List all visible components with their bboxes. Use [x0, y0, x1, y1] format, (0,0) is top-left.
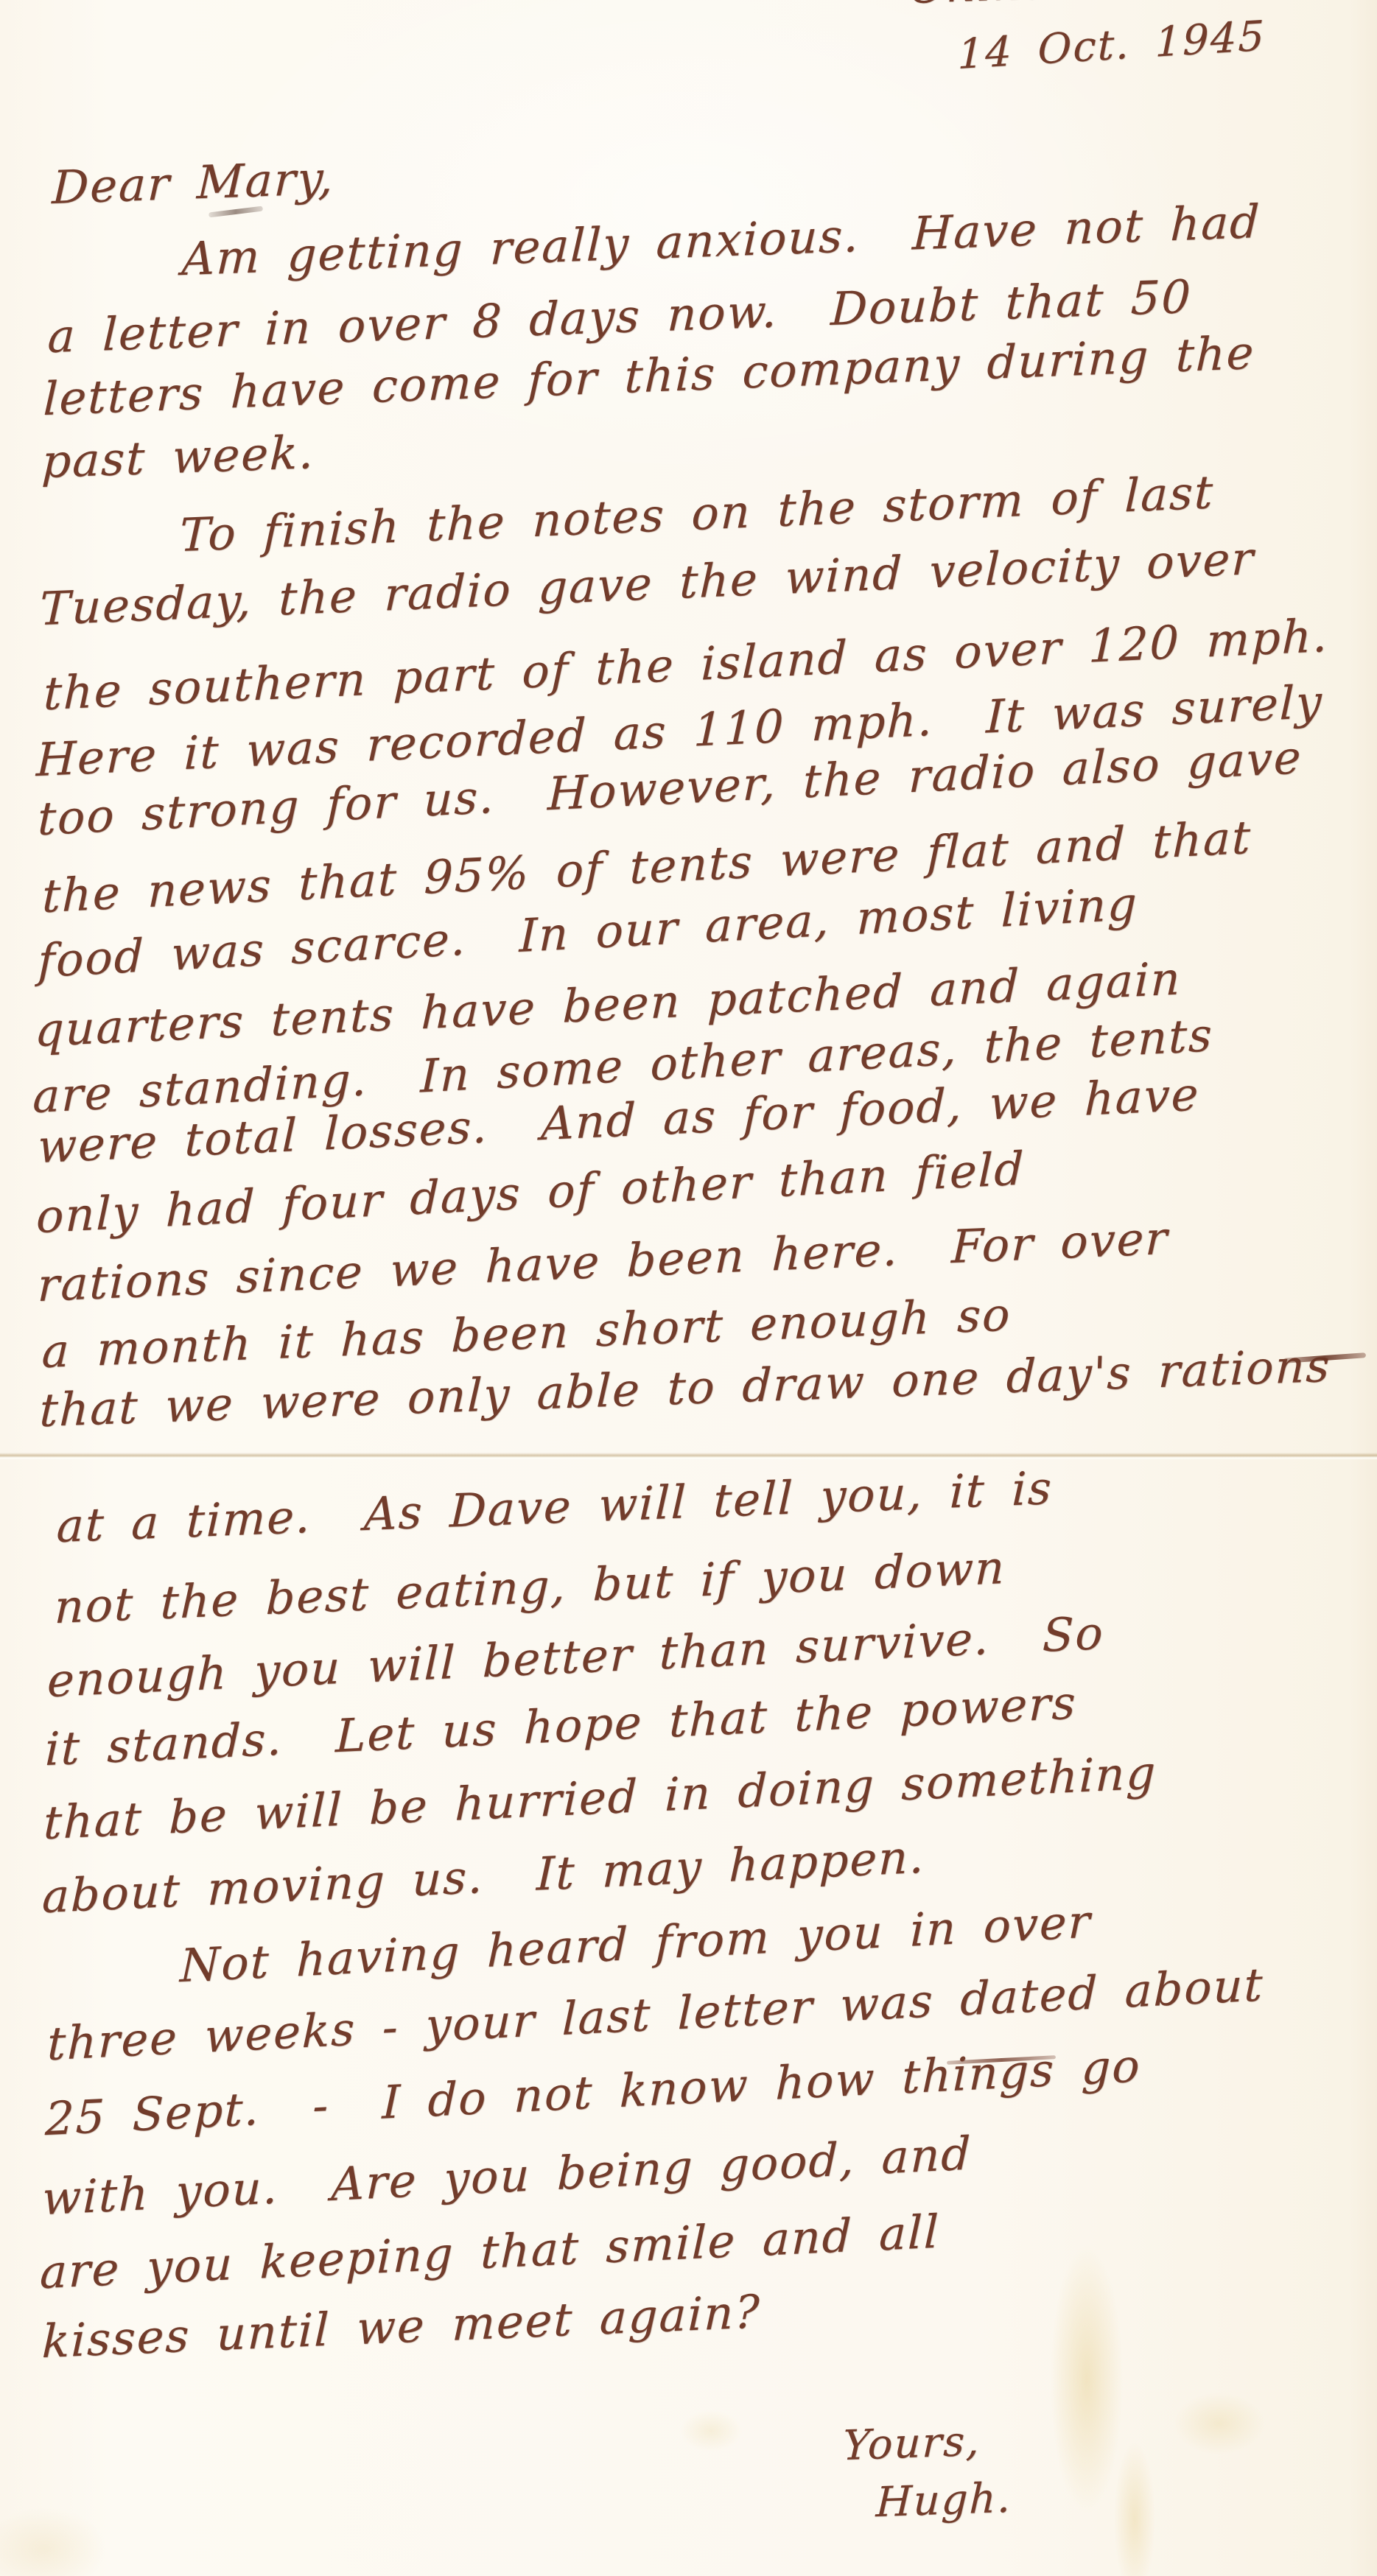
clipped-header-word: Okinawa [910, 0, 1219, 12]
letter-date: 14 Oct. 1945 [957, 12, 1266, 79]
fold-crease [0, 1453, 1377, 1460]
letter-closing: Yours, [842, 2417, 981, 2470]
letter-line: past week. [41, 425, 315, 488]
letter-signature: Hugh. [875, 2474, 1013, 2527]
letter-salutation: Dear Mary, [51, 151, 335, 215]
clipped-header-word-window: Okinawa [910, 0, 1219, 12]
letter-page: Okinawa 14 Oct. 1945 Dear Mary, Am getti… [0, 0, 1377, 2576]
letter-line: kisses until we meet again? [41, 2284, 761, 2368]
letter-line: at a time. As Dave will tell you, it is [56, 1461, 1054, 1553]
